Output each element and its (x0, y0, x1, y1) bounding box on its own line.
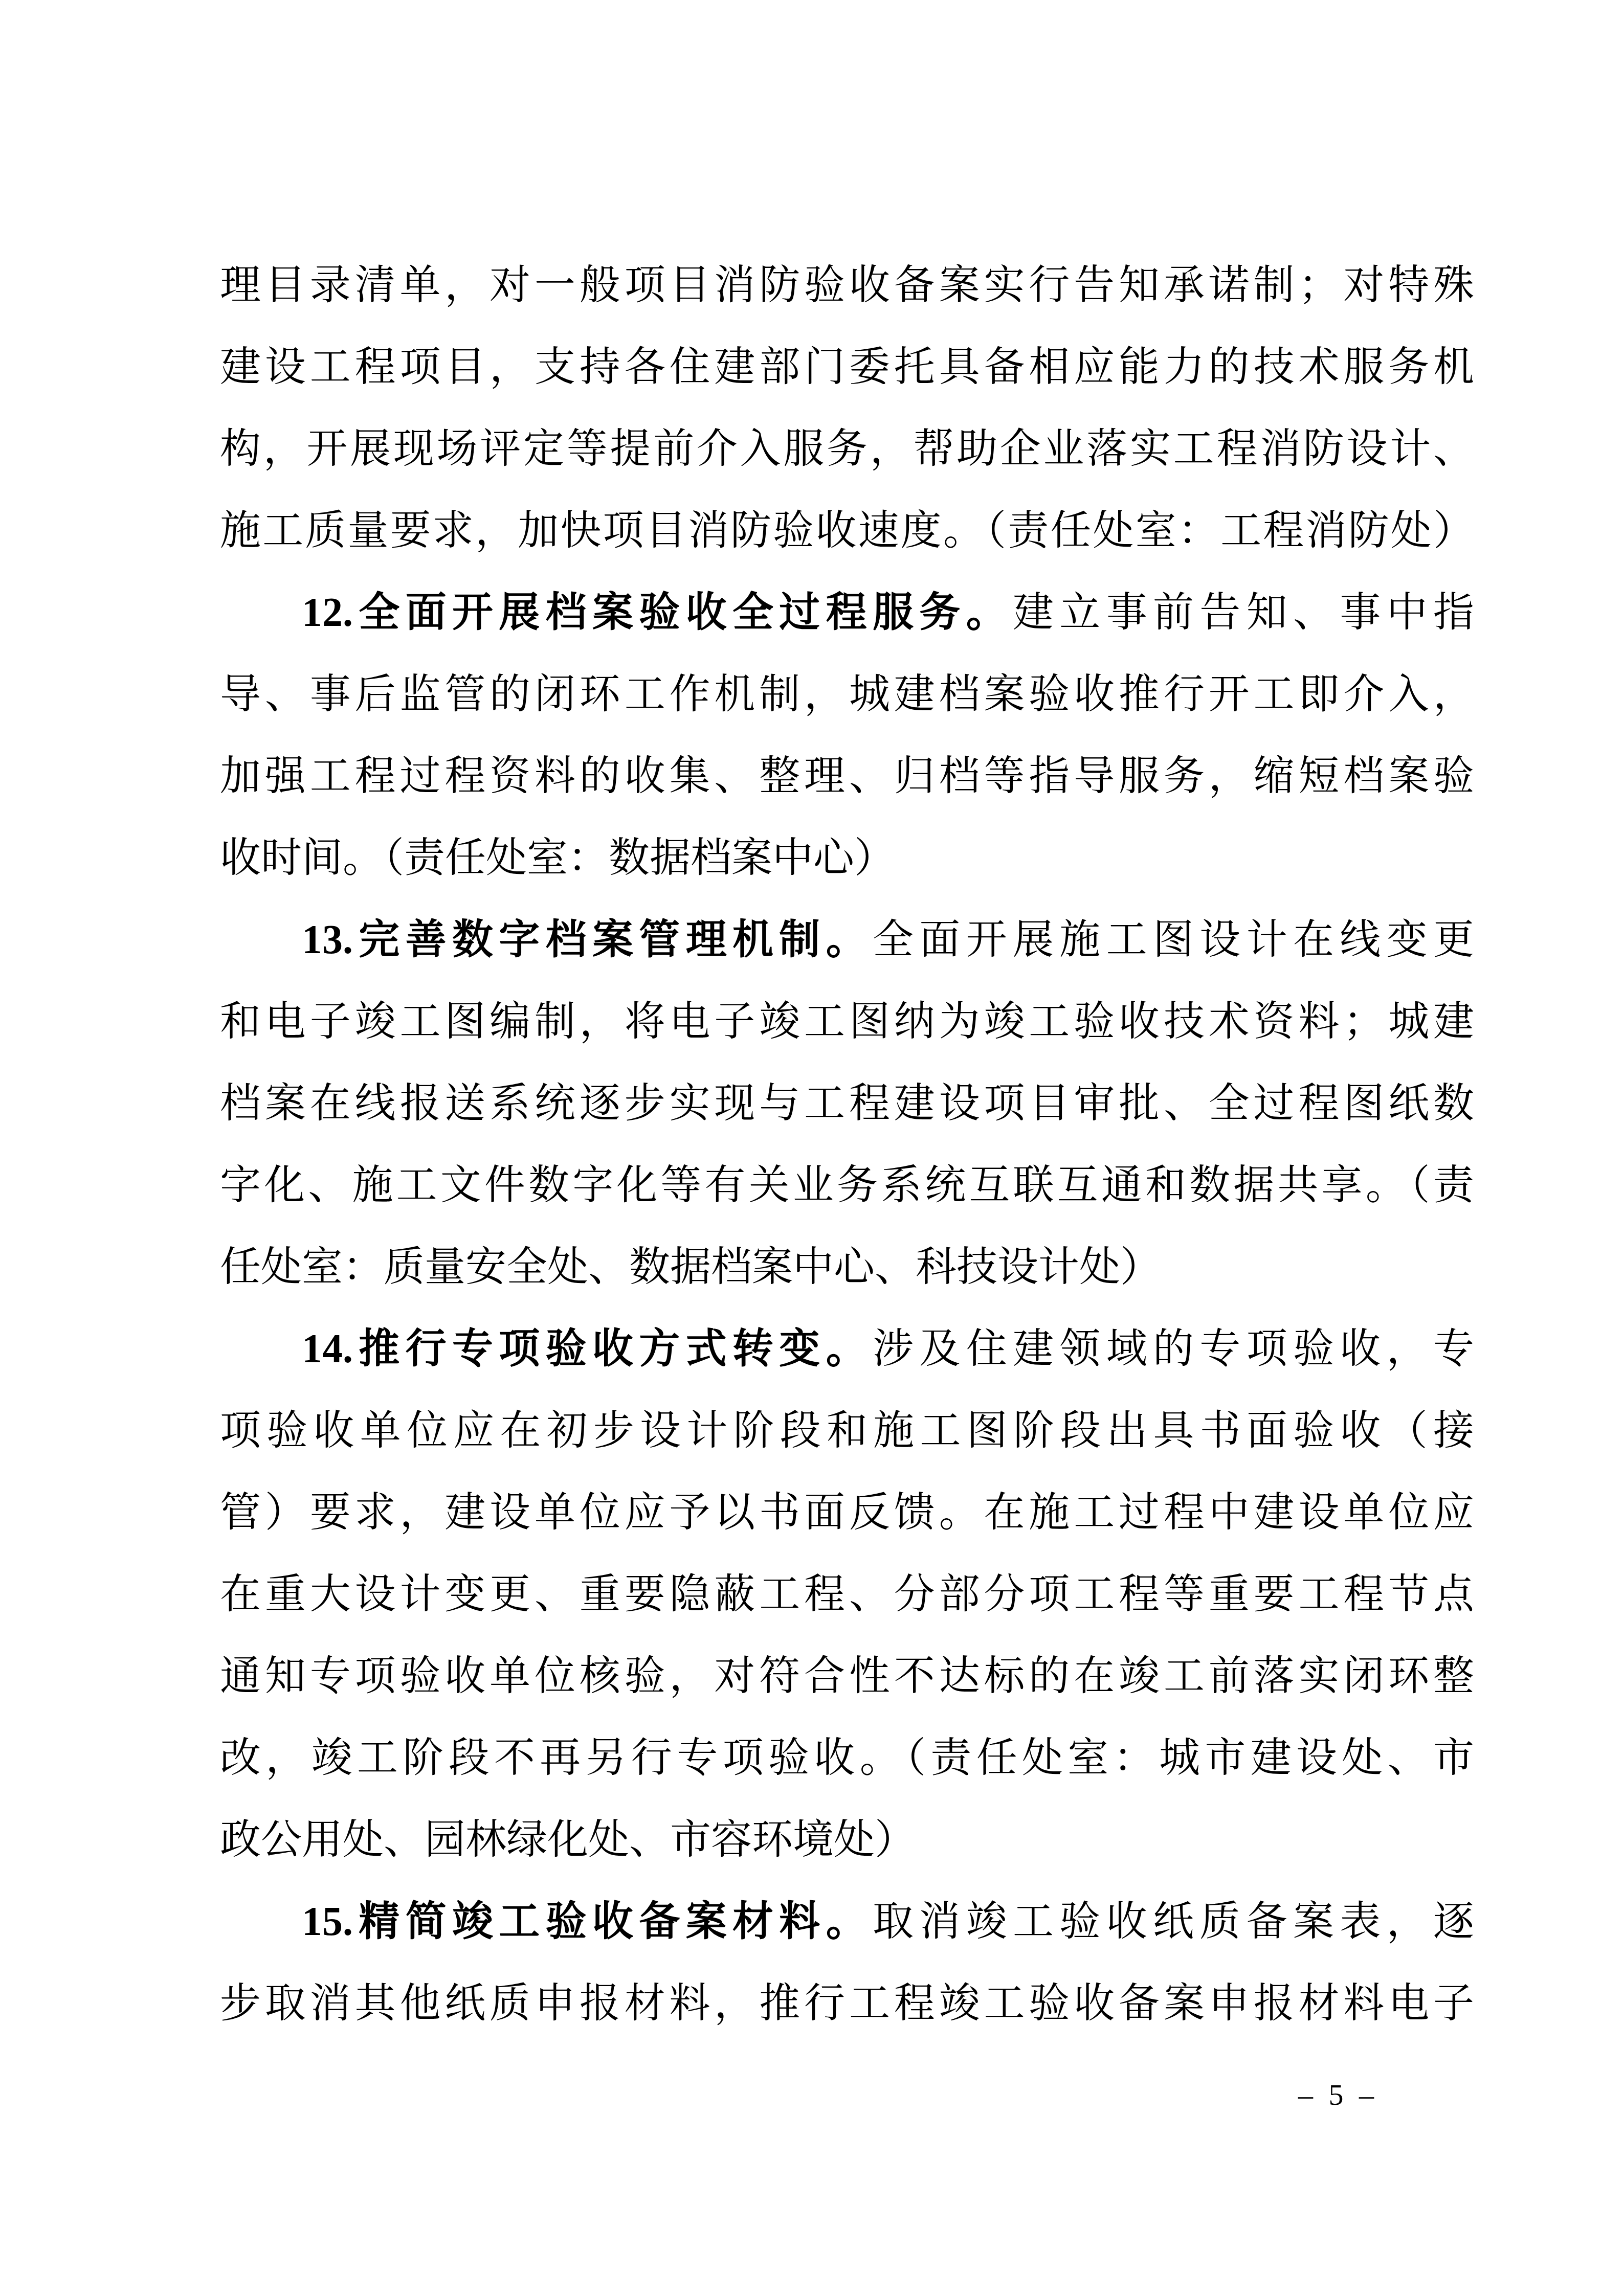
body-text: 建设工程项目，支持各住建部门委托具备相应能力的技术服务机 (220, 345, 1474, 390)
text-line: 任处室：质量安全处、数据档案中心、科技设计处） (220, 1226, 1474, 1308)
bold-lead-text: 14.推行专项验收方式转变。 (302, 1326, 873, 1371)
body-text: 理目录清单，对一般项目消防验收备案实行告知承诺制；对特殊 (220, 263, 1474, 308)
body-text: 项验收单位应在初步设计阶段和施工图阶段出具书面验收（接 (220, 1408, 1474, 1453)
page-body: 理目录清单，对一般项目消防验收备案实行告知承诺制；对特殊建设工程项目，支持各住建… (220, 244, 1474, 2044)
text-line: 12.全面开展档案验收全过程服务。建立事前告知、事中指 (220, 572, 1474, 654)
text-line: 改，竣工阶段不再另行专项验收。（责任处室：城市建设处、市 (220, 1717, 1474, 1799)
body-text: 任处室：质量安全处、数据档案中心、科技设计处） (220, 1245, 1161, 1290)
body-text: 字化、施工文件数字化等有关业务系统互联互通和数据共享。（责 (220, 1163, 1474, 1208)
body-text: 档案在线报送系统逐步实现与工程建设项目审批、全过程图纸数 (220, 1081, 1474, 1126)
body-text: 施工质量要求，加快项目消防验收速度。（责任处室：工程消防处） (220, 508, 1474, 553)
bold-lead-text: 12.全面开展档案验收全过程服务。 (302, 590, 1013, 635)
body-text: 管）要求，建设单位应予以书面反馈。在施工过程中建设单位应 (220, 1490, 1474, 1535)
body-text: 涉及住建领域的专项验收，专 (873, 1326, 1474, 1371)
text-line: 收时间。（责任处室：数据档案中心） (220, 817, 1474, 899)
text-line: 项验收单位应在初步设计阶段和施工图阶段出具书面验收（接 (220, 1390, 1474, 1472)
bold-lead-text: 15.精简竣工验收备案材料。 (302, 1899, 873, 1944)
body-text: 通知专项验收单位核验，对符合性不达标的在竣工前落实闭环整 (220, 1654, 1474, 1699)
body-text: 收时间。（责任处室：数据档案中心） (220, 836, 895, 881)
text-line: 15.精简竣工验收备案材料。取消竣工验收纸质备案表，逐 (220, 1881, 1474, 1963)
body-text: 政公用处、园林绿化处、市容环境处） (220, 1817, 916, 1862)
body-text: 加强工程过程资料的收集、整理、归档等指导服务，缩短档案验 (220, 754, 1474, 799)
text-line: 施工质量要求，加快项目消防验收速度。（责任处室：工程消防处） (220, 490, 1474, 572)
bold-lead-text: 13.完善数字档案管理机制。 (302, 917, 873, 962)
body-text: 构，开展现场评定等提前介入服务，帮助企业落实工程消防设计、 (220, 426, 1474, 471)
text-line: 建设工程项目，支持各住建部门委托具备相应能力的技术服务机 (220, 326, 1474, 408)
text-line: 档案在线报送系统逐步实现与工程建设项目审批、全过程图纸数 (220, 1063, 1474, 1144)
body-text: 步取消其他纸质申报材料，推行工程竣工验收备案申报材料电子 (220, 1981, 1474, 2026)
text-line: 13.完善数字档案管理机制。全面开展施工图设计在线变更 (220, 899, 1474, 981)
body-text: 在重大设计变更、重要隐蔽工程、分部分项工程等重要工程节点 (220, 1572, 1474, 1617)
body-text: 改，竣工阶段不再另行专项验收。（责任处室：城市建设处、市 (220, 1736, 1474, 1781)
body-text: 建立事前告知、事中指 (1013, 590, 1474, 635)
body-text: 全面开展施工图设计在线变更 (873, 917, 1474, 962)
page-number: – 5 – (1298, 2077, 1378, 2113)
text-line: 字化、施工文件数字化等有关业务系统互联互通和数据共享。（责 (220, 1144, 1474, 1226)
text-line: 通知专项验收单位核验，对符合性不达标的在竣工前落实闭环整 (220, 1635, 1474, 1717)
text-line: 和电子竣工图编制，将电子竣工图纳为竣工验收技术资料；城建 (220, 981, 1474, 1063)
text-line: 14.推行专项验收方式转变。涉及住建领域的专项验收，专 (220, 1308, 1474, 1390)
text-line: 理目录清单，对一般项目消防验收备案实行告知承诺制；对特殊 (220, 244, 1474, 326)
body-text: 导、事后监管的闭环工作机制，城建档案验收推行开工即介入， (220, 672, 1474, 717)
text-line: 政公用处、园林绿化处、市容环境处） (220, 1799, 1474, 1881)
body-text: 取消竣工验收纸质备案表，逐 (873, 1899, 1474, 1944)
text-line: 步取消其他纸质申报材料，推行工程竣工验收备案申报材料电子 (220, 1963, 1474, 2044)
text-line: 构，开展现场评定等提前介入服务，帮助企业落实工程消防设计、 (220, 408, 1474, 490)
text-line: 在重大设计变更、重要隐蔽工程、分部分项工程等重要工程节点 (220, 1554, 1474, 1635)
body-text: 和电子竣工图编制，将电子竣工图纳为竣工验收技术资料；城建 (220, 999, 1474, 1044)
text-line: 加强工程过程资料的收集、整理、归档等指导服务，缩短档案验 (220, 735, 1474, 817)
text-line: 导、事后监管的闭环工作机制，城建档案验收推行开工即介入， (220, 654, 1474, 735)
text-line: 管）要求，建设单位应予以书面反馈。在施工过程中建设单位应 (220, 1472, 1474, 1554)
